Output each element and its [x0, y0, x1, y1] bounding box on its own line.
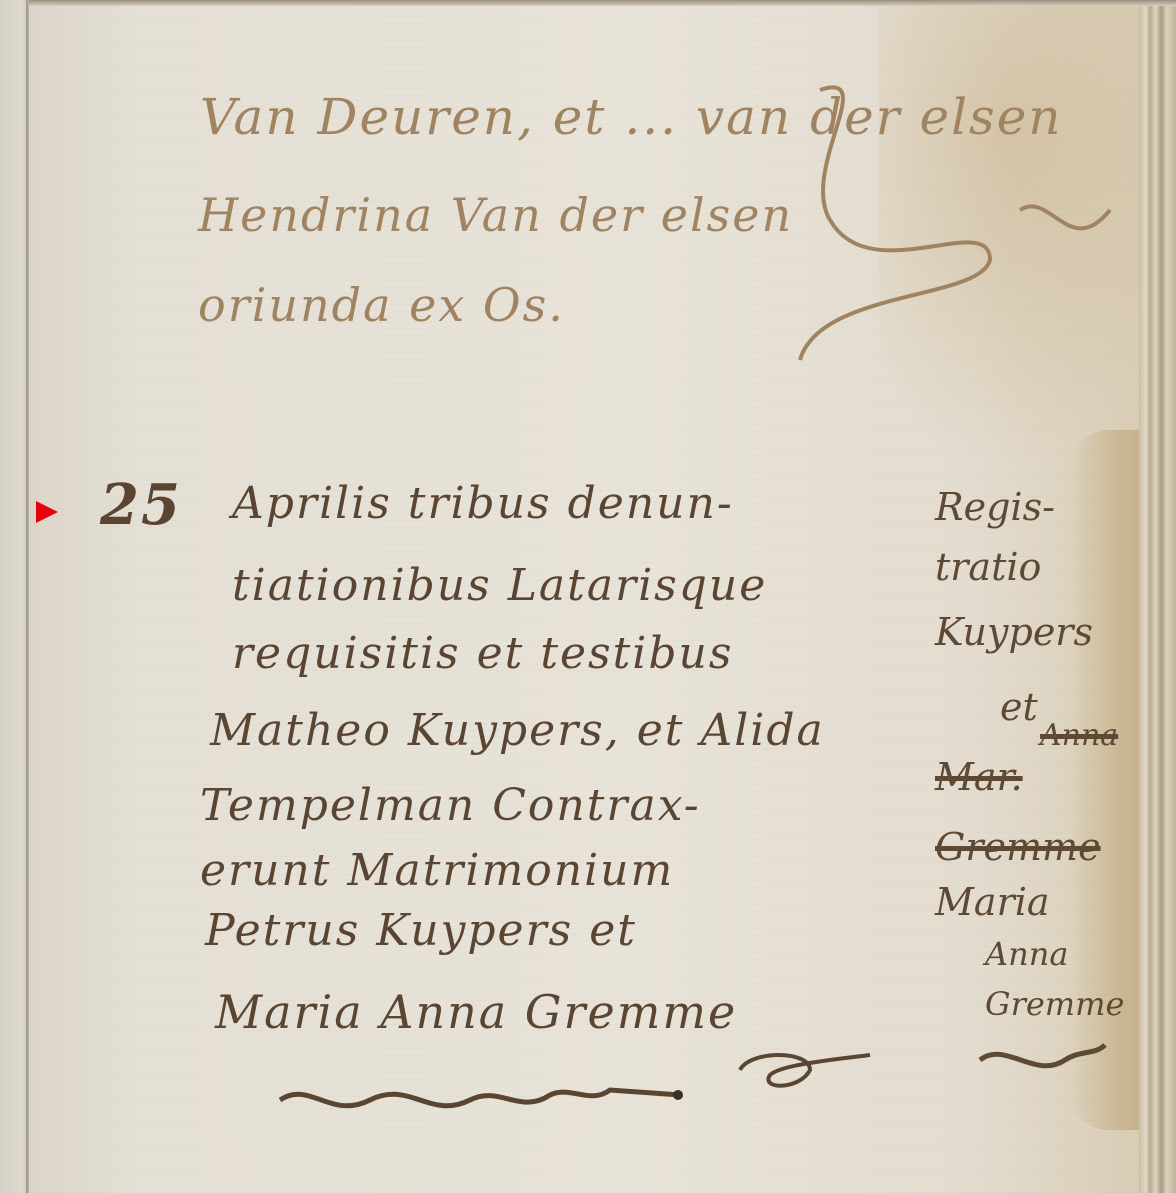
margin-note-line-10: Gremme	[985, 985, 1124, 1023]
margin-note-flourish	[975, 1040, 1115, 1080]
page-top-edge	[29, 0, 1176, 6]
margin-note-struck-1: Anna	[1040, 718, 1118, 753]
entry-line-5: Tempelman Contrax-	[200, 780, 701, 831]
entry-line-8: Maria Anna Gremme	[215, 985, 737, 1039]
prev-entry-line-3: oriunda ex Os.	[198, 278, 565, 332]
entry-line-1: Aprilis tribus denun-	[232, 478, 734, 529]
margin-note-line-9: Anna	[985, 935, 1068, 973]
red-marker-arrow-icon	[36, 501, 58, 523]
entry-line-2: tiationibus Latarisque	[232, 560, 767, 611]
prev-entry-flourish	[760, 60, 1120, 360]
margin-note-line-3: Kuypers	[935, 610, 1093, 654]
page-stack-edges	[1139, 0, 1176, 1193]
margin-note-line-4: et	[1000, 685, 1038, 729]
margin-note-line-1: Regis-	[935, 485, 1055, 529]
entry-line-4: Matheo Kuypers, et Alida	[210, 705, 825, 756]
entry-line-7: Petrus Kuypers et	[205, 905, 637, 956]
margin-note-line-8: Maria	[935, 880, 1050, 924]
entry-line-6: erunt Matrimonium	[200, 845, 674, 896]
prev-entry-line-2: Hendrina Van der elsen	[198, 188, 793, 242]
margin-note-struck-2: Mar.	[935, 755, 1023, 799]
margin-note-line-2: tratio	[935, 545, 1041, 589]
entry-line-3: requisitis et testibus	[232, 628, 733, 679]
margin-note-struck-3: Gremme	[935, 825, 1101, 869]
entry-closing-flourish	[270, 1050, 920, 1130]
entry-day-number: 25	[100, 472, 182, 538]
